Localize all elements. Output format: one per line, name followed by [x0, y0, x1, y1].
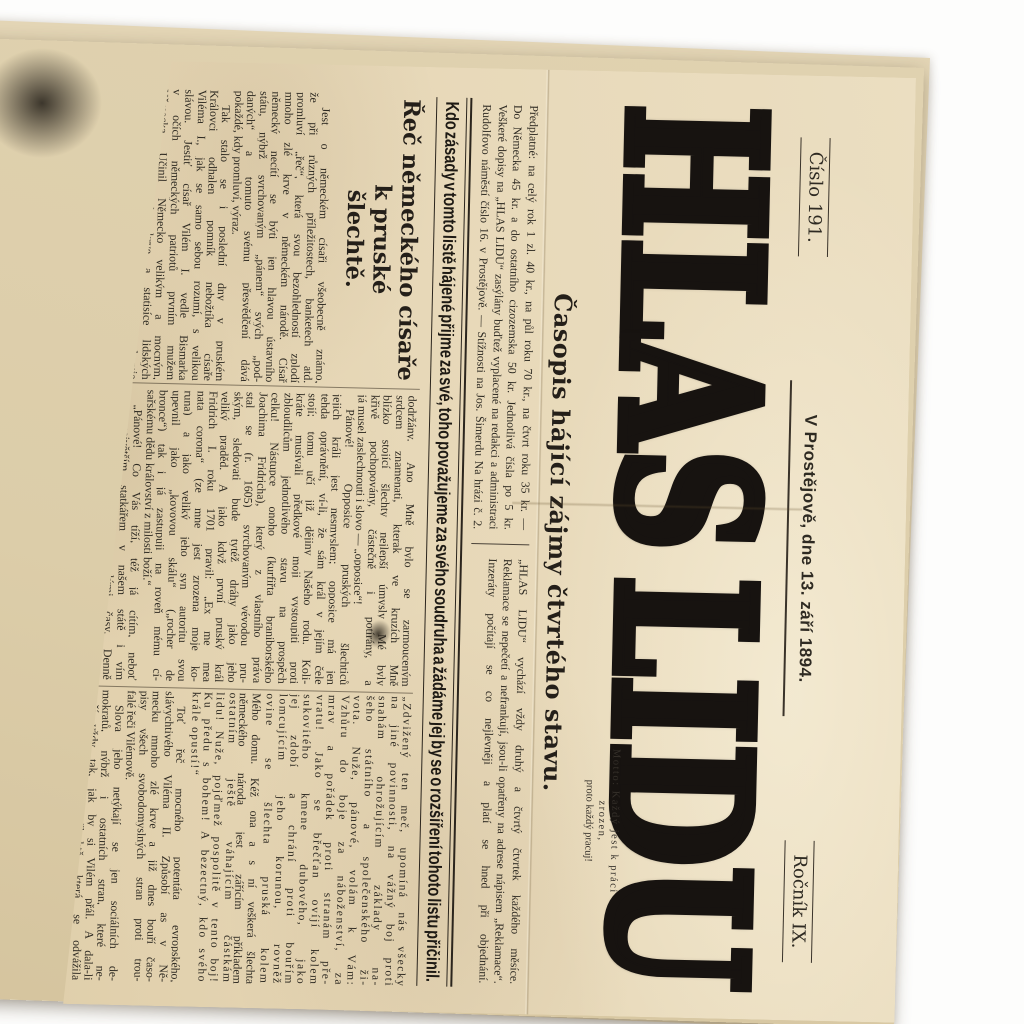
banner-word: listu — [423, 898, 443, 928]
article-column-3: „Zdvižený ten meč, upomíná nás všeckyna … — [71, 689, 413, 988]
banner-word: hájené — [436, 266, 458, 313]
banner-word: toho — [433, 407, 454, 439]
banner-word: za — [435, 360, 456, 376]
newspaper-photo: Číslo 191. V Prostějově, dne 13. září 18… — [0, 0, 1024, 1024]
banner-word: jej — [427, 722, 448, 739]
masthead-letter: L — [584, 574, 782, 678]
banner-word: v — [439, 182, 459, 191]
article-headline: Řeč německého císaře k pruské šlechtě. — [337, 93, 425, 386]
banner-word: žádáme — [427, 666, 449, 720]
imprint-left: Předplatné: na celý rok 1 zl. 40 kr., na… — [470, 104, 542, 530]
motto-line-1: Motto: Každý jest k práci zrozen, — [593, 726, 623, 917]
headline-line-1: Řeč německého císaře k pruské — [364, 94, 425, 386]
banner-word: listě — [437, 235, 458, 265]
masthead-letter: S — [587, 447, 785, 554]
banner-word: se — [426, 759, 447, 776]
banner-word: by — [426, 740, 447, 757]
masthead-letter: L — [592, 237, 790, 341]
corner-shadow — [0, 48, 102, 158]
masthead-word-gap — [782, 554, 783, 579]
banner-word: za — [431, 526, 452, 542]
banner-word: Kdo — [440, 101, 459, 130]
banner-word: zásady — [439, 132, 459, 181]
banner-word: přičinil. — [423, 930, 442, 982]
imprint-right: „HLAS LIDU“ vychází vždy druhý a čtvrtý … — [459, 558, 531, 984]
column-3-lines: „Zdvižený ten meč, upomíná nás všeckyna … — [71, 689, 413, 988]
banner-word: tohoto — [423, 851, 444, 897]
masthead-letter: H — [594, 103, 792, 242]
banner-word: svého — [430, 544, 451, 587]
imprint-divider — [471, 543, 529, 545]
newspaper-front-page: Číslo 191. V Prostějově, dne 13. září 18… — [55, 59, 916, 1023]
banner-word: přijme — [435, 314, 456, 358]
motto: Motto: Každý jest k práci zrozen, proto … — [580, 726, 623, 917]
banner-word: o — [426, 777, 447, 786]
masthead-letter: A — [589, 337, 787, 452]
banner-word: a — [428, 656, 449, 665]
banner-word: své, — [434, 377, 455, 406]
banner-word: soudruha — [429, 588, 451, 655]
banner-word: tomto — [438, 192, 459, 233]
banner-word: rozšíření — [424, 788, 446, 849]
banner-word: považujeme — [432, 441, 454, 525]
